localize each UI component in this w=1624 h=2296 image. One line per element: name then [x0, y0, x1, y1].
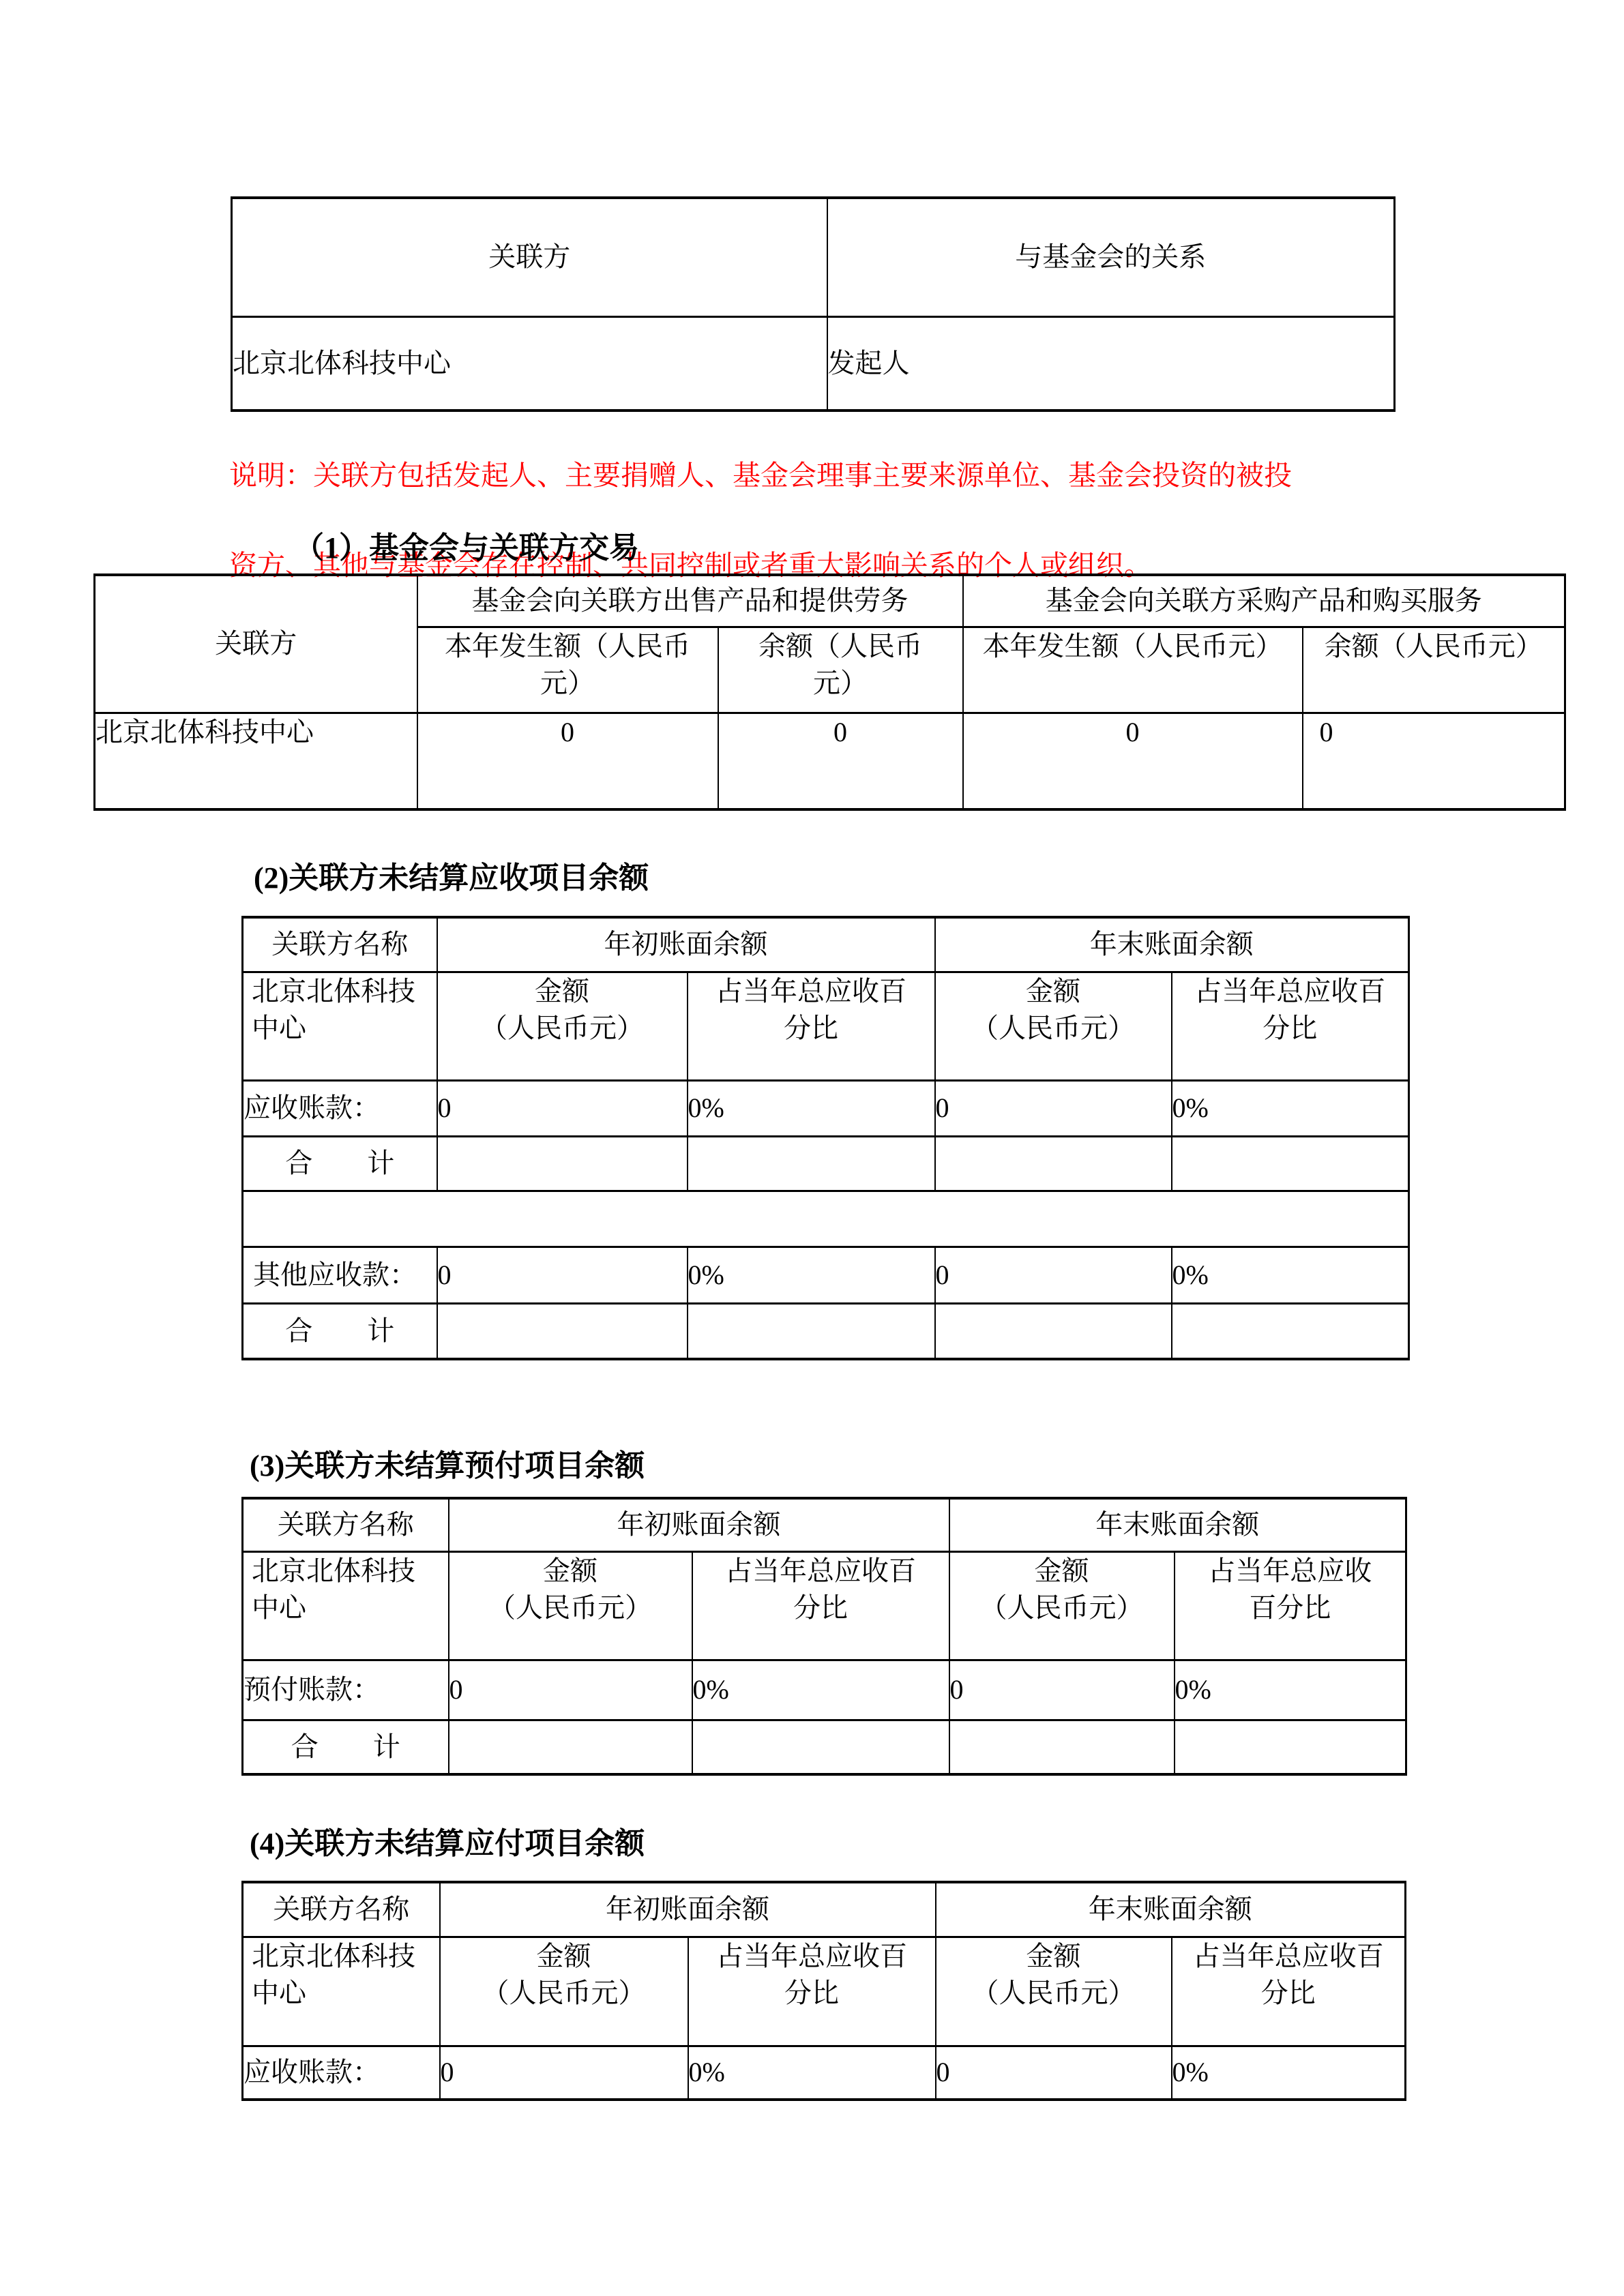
receivables-table: 关联方名称 年初账面余额 年末账面余额 北京北体科技 中心 金额 （人民币元） … — [241, 916, 1410, 1360]
section-title-3: (3)关联方未结算预付项目余额 — [250, 1448, 645, 1484]
header-percent: 占当年总应收百 分比 — [692, 1551, 949, 1660]
header-relation: 与基金会的关系 — [827, 198, 1395, 316]
cell-empty — [688, 1136, 935, 1191]
row-label-other-receivable: 其他应收款： — [243, 1247, 437, 1303]
cell-party-name: 北京北体科技 中心 — [243, 1937, 440, 2046]
cell-value: 0 — [935, 1080, 1172, 1136]
cell-party-name: 北京北体科技中心 — [232, 316, 827, 411]
cell-empty — [935, 1136, 1172, 1191]
header-amount-year: 本年发生额（人民币 元） — [417, 627, 718, 713]
cell-empty — [935, 1303, 1172, 1359]
cell-empty — [1172, 1136, 1409, 1191]
header-year-end: 年末账面余额 — [935, 917, 1409, 972]
header-percent: 占当年总应收百 分比 — [688, 972, 935, 1080]
cell-value: 0% — [1172, 1247, 1409, 1303]
cell-value: 0 — [963, 713, 1303, 809]
header-year-begin: 年初账面余额 — [440, 1882, 936, 1937]
cell-empty — [449, 1720, 692, 1774]
table-total-row: 合 计 — [243, 1720, 1406, 1774]
cell-empty — [688, 1303, 935, 1359]
header-amount-2: 金额 （人民币元） — [935, 972, 1172, 1080]
row-label-total: 合 计 — [243, 1303, 437, 1359]
table-group-header-row: 关联方名称 年初账面余额 年末账面余额 — [243, 917, 1409, 972]
transactions-table: 关联方 基金会向关联方出售产品和提供劳务 基金会向关联方采购产品和购买服务 本年… — [93, 573, 1566, 811]
header-amount: 金额 （人民币元） — [440, 1937, 688, 2046]
table-subheader-row: 北京北体科技 中心 金额 （人民币元） 占当年总应收百 分比 金额 （人民币元）… — [243, 972, 1409, 1080]
header-amount-2: 金额 （人民币元） — [949, 1551, 1175, 1660]
header-amount: 金额 （人民币元） — [449, 1551, 692, 1660]
cell-value: 0 — [437, 1080, 688, 1136]
related-party-table: 关联方 与基金会的关系 北京北体科技中心 发起人 — [231, 196, 1396, 412]
header-percent-2: 占当年总应收百 分比 — [1172, 1937, 1406, 2046]
header-percent-2: 占当年总应收百 分比 — [1172, 972, 1409, 1080]
table-total-row: 合 计 — [243, 1303, 1409, 1359]
table-row: 北京北体科技中心 0 0 0 0 — [95, 713, 1565, 809]
section-title-1: （1）基金会与关联方交易 — [294, 531, 639, 566]
cell-value: 0% — [688, 1080, 935, 1136]
cell-value: 0 — [936, 2046, 1172, 2100]
payables-table: 关联方名称 年初账面余额 年末账面余额 北京北体科技 中心 金额 （人民币元） … — [241, 1881, 1406, 2101]
header-amount-year-2: 本年发生额（人民币元） — [963, 627, 1303, 713]
cell-value: 0% — [1172, 2046, 1406, 2100]
cell-value: 0 — [437, 1247, 688, 1303]
section-title-2: (2)关联方未结算应收项目余额 — [254, 861, 649, 896]
header-percent-2: 占当年总应收 百分比 — [1175, 1551, 1406, 1660]
table-group-header-row: 关联方名称 年初账面余额 年末账面余额 — [243, 1498, 1406, 1551]
cell-value: 0 — [718, 713, 963, 809]
cell-value: 0 — [1303, 713, 1565, 809]
header-amount: 金额 （人民币元） — [437, 972, 688, 1080]
table-header-row: 关联方 与基金会的关系 — [232, 198, 1395, 316]
row-label-prepaid: 预付账款： — [243, 1660, 449, 1720]
cell-party-name: 北京北体科技 中心 — [243, 1551, 449, 1660]
header-purchase-group: 基金会向关联方采购产品和购买服务 — [963, 575, 1565, 627]
cell-empty — [1175, 1720, 1406, 1774]
cell-value: 0 — [935, 1247, 1172, 1303]
cell-value: 0 — [417, 713, 718, 809]
header-amount-2: 金额 （人民币元） — [936, 1937, 1172, 2046]
cell-value: 0 — [449, 1660, 692, 1720]
document-page: 关联方 与基金会的关系 北京北体科技中心 发起人 说明：关联方包括发起人、主要捐… — [0, 0, 1624, 2296]
header-party-name: 关联方名称 — [243, 1882, 440, 1937]
header-balance: 余额（人民币 元） — [718, 627, 963, 713]
cell-value: 0 — [440, 2046, 688, 2100]
row-label-receivable: 应收账款： — [243, 2046, 440, 2100]
table-row: 应收账款： 0 0% 0 0% — [243, 2046, 1406, 2100]
cell-value: 0 — [949, 1660, 1175, 1720]
cell-value: 0% — [1172, 1080, 1409, 1136]
cell-empty — [692, 1720, 949, 1774]
header-year-end: 年末账面余额 — [949, 1498, 1406, 1551]
cell-party-name: 北京北体科技中心 — [95, 713, 417, 809]
header-sales-group: 基金会向关联方出售产品和提供劳务 — [417, 575, 963, 627]
table-group-header-row: 关联方名称 年初账面余额 年末账面余额 — [243, 1882, 1406, 1937]
table-subheader-row: 北京北体科技 中心 金额 （人民币元） 占当年总应收百 分比 金额 （人民币元）… — [243, 1551, 1406, 1660]
table-total-row: 合 计 — [243, 1136, 1409, 1191]
cell-relation: 发起人 — [827, 316, 1395, 411]
cell-empty-merged — [243, 1191, 1409, 1247]
cell-value: 0% — [1175, 1660, 1406, 1720]
cell-empty — [1172, 1303, 1409, 1359]
table-subheader-row: 北京北体科技 中心 金额 （人民币元） 占当年总应收百 分比 金额 （人民币元）… — [243, 1937, 1406, 2046]
cell-empty — [437, 1136, 688, 1191]
header-related-party: 关联方 — [232, 198, 827, 316]
row-label-receivable: 应收账款： — [243, 1080, 437, 1136]
note-line-1: 说明：关联方包括发起人、主要捐赠人、基金会理事主要来源单位、基金会投资的被投 — [229, 453, 1402, 498]
row-label-total: 合 计 — [243, 1136, 437, 1191]
header-year-begin: 年初账面余额 — [437, 917, 935, 972]
table-group-header-row: 关联方 基金会向关联方出售产品和提供劳务 基金会向关联方采购产品和购买服务 — [95, 575, 1565, 627]
table-row: 应收账款： 0 0% 0 0% — [243, 1080, 1409, 1136]
cell-party-name: 北京北体科技 中心 — [243, 972, 437, 1080]
header-percent: 占当年总应收百 分比 — [688, 1937, 936, 2046]
cell-empty — [437, 1303, 688, 1359]
header-party-name: 关联方名称 — [243, 1498, 449, 1551]
row-label-total: 合 计 — [243, 1720, 449, 1774]
prepayments-table: 关联方名称 年初账面余额 年末账面余额 北京北体科技 中心 金额 （人民币元） … — [241, 1497, 1407, 1776]
table-row: 其他应收款： 0 0% 0 0% — [243, 1247, 1409, 1303]
cell-value: 0% — [688, 1247, 935, 1303]
header-year-end: 年末账面余额 — [936, 1882, 1406, 1937]
cell-value: 0% — [692, 1660, 949, 1720]
table-row: 预付账款： 0 0% 0 0% — [243, 1660, 1406, 1720]
table-spacer-row — [243, 1191, 1409, 1247]
header-year-begin: 年初账面余额 — [449, 1498, 949, 1551]
header-balance-2: 余额（人民币元） — [1303, 627, 1565, 713]
cell-value: 0% — [688, 2046, 936, 2100]
section-title-4: (4)关联方未结算应付项目余额 — [250, 1826, 645, 1862]
header-related-party: 关联方 — [95, 575, 417, 713]
table-row: 北京北体科技中心 发起人 — [232, 316, 1395, 411]
cell-empty — [949, 1720, 1175, 1774]
header-party-name: 关联方名称 — [243, 917, 437, 972]
